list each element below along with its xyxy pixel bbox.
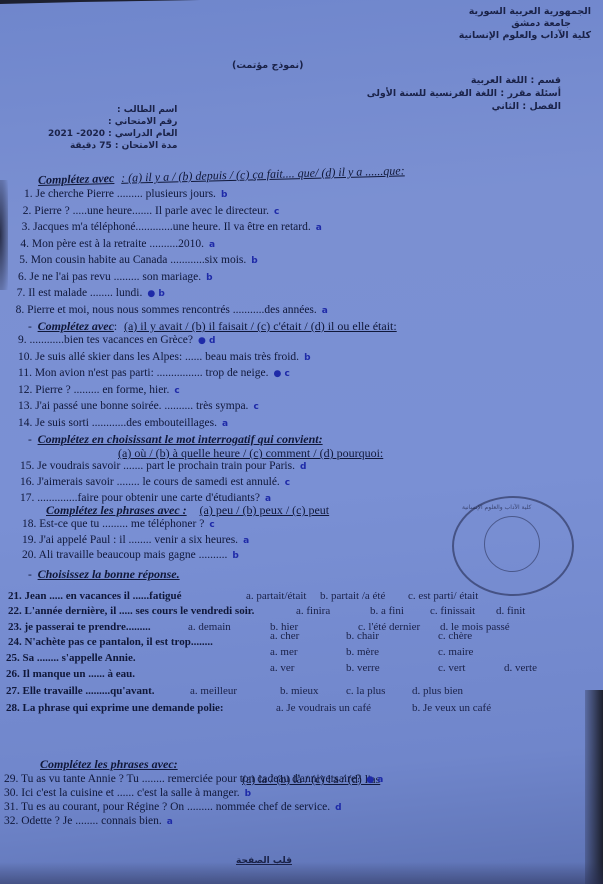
handwritten-answer-mark: b [232,551,238,561]
question-item: 21. Jean ..... en vacances il ......fati… [8,590,182,603]
question-text: Je suis allé skier dans les Alpes: .....… [35,351,299,363]
semester-label: الفصل : الثاني [367,100,561,113]
answer-choice: c. est parti/ était [408,590,478,602]
answer-choice: d. verte [504,662,537,674]
answer-choice: a. Je voudrais un café [276,702,371,714]
question-text: Mon avion n'est pas parti: .............… [35,367,269,379]
answer-choice: a. demain [188,621,231,633]
answer-choice: b. verre [346,662,380,674]
question-text: Pierre ? .....une heure....... Il parle … [34,205,269,217]
question-number: 19. [22,534,39,546]
handwritten-answer-mark: c [174,386,179,396]
question-text: J'ai appelé Paul : il ........ venir a s… [39,534,238,546]
department-label: قسم : اللغة العربية [367,74,561,87]
question-item: 25. Sa ........ s'appelle Annie. [6,652,136,665]
handwritten-answer-mark: ● c [273,369,289,379]
answer-choice: c. vert [438,662,465,674]
question-text: Il est malade ........ lundi. [28,287,142,299]
answer-choice: a. ver [270,662,294,674]
question-item: 26. Il manque un ...... à eau. [6,668,135,681]
question-item: 3. Jacques m'a téléphoné.............une… [22,221,322,235]
question-number: 22. [8,605,25,617]
question-item: 32. Odette ? Je ........ connais bien.a [4,815,173,829]
answer-choice: c. maire [438,646,473,658]
question-number: 14. [18,417,35,429]
question-item: 7. Il est malade ........ lundi.● b [17,287,165,301]
handwritten-answer-mark: c [285,478,290,488]
handwritten-answer-mark: b [251,256,257,266]
question-item: 22. L'année dernière, il ..... ses cours… [8,605,254,618]
question-text: Jacques m'a téléphoné.............une he… [33,221,311,233]
question-item: 5. Mon cousin habite au Canada .........… [19,254,258,268]
question-number: 23. [8,621,25,633]
question-number: 8. [16,304,28,316]
question-number: 7. [17,287,29,299]
question-text: ..............faire pour obtenir une car… [37,492,260,504]
question-item: 16. J'aimerais savoir ........ le cours … [20,476,290,490]
question-text: Pierre ? ......... en forme, hier. [35,384,169,396]
question-item: 13. J'ai passé une bonne soirée. .......… [18,400,259,414]
course-info: قسم : اللغة العربية أسئلة مقرر : اللغة ا… [367,74,561,113]
handwritten-answer-mark: a [209,240,215,250]
handwritten-answer-mark: a [265,494,271,504]
section1-options: : (a) il y a / (b) depuis / (c) ça fait.… [121,163,405,184]
handwritten-answer-mark: ● a [366,775,383,785]
question-item: 15. Je voudrais savoir ....... part le p… [20,460,306,474]
question-number: 15. [20,460,37,472]
question-text: Il manque un ...... à eau. [23,668,135,680]
handwritten-answer-mark: c [253,402,258,412]
question-item: 24. N'achète pas ce pantalon, il est tro… [8,636,213,649]
question-text: Ali travaille beaucoup mais gagne ......… [39,549,228,561]
question-text: Tu es au courant, pour Régine ? On .....… [21,801,330,813]
answer-choice: b. Je veux un café [412,702,491,714]
question-item: 20. Ali travaille beaucoup mais gagne ..… [22,549,239,563]
question-text: La phrase qui exprime une demande polie: [23,702,224,714]
question-number: 31. [4,801,21,813]
handwritten-answer-mark: a [243,536,249,546]
question-number: 2. [23,205,35,217]
exam-number-label: رقم الامتحاني : [48,116,177,128]
question-text: Est-ce que tu ......... me téléphoner ? [39,518,204,530]
question-number: 9. [18,334,30,346]
question-number: 18. [22,518,39,530]
question-number: 6. [18,271,30,283]
handwritten-answer-mark: d [300,462,306,472]
question-text: Jean ..... en vacances il ......fatigué [25,590,182,602]
country-label: الجمهورية العربية السورية [459,6,591,18]
faculty-label: كلية الآداب والعلوم الإنسانية [459,30,591,42]
answer-choice: c. la plus [346,685,385,697]
section3-header: - Complétez en choisissant le mot interr… [28,433,323,447]
question-item: 18. Est-ce que tu ......... me téléphone… [22,518,215,532]
section2-instruction: Complétez avec [38,319,114,333]
question-item: 28. La phrase qui exprime une demande po… [6,702,224,715]
question-item: 1. Je cherche Pierre ......... plusieurs… [24,188,227,202]
question-item: 29. Tu as vu tante Annie ? Tu ........ r… [4,773,383,787]
question-item: 30. Ici c'est la cuisine et ...... c'est… [4,787,251,801]
question-number: 26. [6,668,23,680]
question-text: ............bien tes vacances en Grèce? [30,334,193,346]
question-item: 12. Pierre ? ......... en forme, hier.c [18,384,180,398]
question-number: 10. [18,351,35,363]
question-text: Mon père est à la retraite ..........201… [32,238,204,250]
question-item: 6. Je ne l'ai pas revu ......... son mar… [18,271,213,285]
answer-choice: b. partait /a été [320,590,385,602]
question-text: N'achète pas ce pantalon, il est trop...… [25,636,213,648]
exam-paper: الجمهورية العربية السورية جامعة دمشق كلي… [0,0,603,884]
question-number: 30. [4,787,21,799]
shadow-right [585,690,603,884]
question-item: 11. Mon avion n'est pas parti: .........… [18,367,290,381]
question-item: 19. J'ai appelé Paul : il ........ venir… [22,534,249,548]
section6-header: Complétez les phrases avec: [40,758,178,772]
question-text: Odette ? Je ........ connais bien. [21,815,162,827]
section1-instruction: Complétez avec [38,171,115,187]
question-text: Je voudrais savoir ....... part le proch… [37,460,295,472]
course-label: أسئلة مقرر : اللغة الفرنسية للسنة الأولى [367,87,561,100]
question-text: Je cherche Pierre ......... plusieurs jo… [36,188,216,200]
question-number: 29. [4,773,21,785]
question-item: 23. je passerai te prendre......... [8,621,151,634]
question-item: 2. Pierre ? .....une heure....... Il par… [23,205,280,219]
question-text: Pierre et moi, nous nous sommes rencontr… [27,304,317,316]
question-item: 9. ............bien tes vacances en Grèc… [18,334,215,348]
handwritten-answer-mark: b [206,273,212,283]
question-text: J'aimerais savoir ........ le cours de s… [37,476,280,488]
question-text: L'année dernière, il ..... ses cours le … [25,605,255,617]
institution-header: الجمهورية العربية السورية جامعة دمشق كلي… [459,6,591,42]
question-number: 17. [20,492,37,504]
section5-instruction: Choisissez la bonne réponse. [38,567,180,581]
question-number: 11. [18,367,35,379]
question-number: 5. [19,254,31,266]
section3-instruction: Complétez en choisissant le mot interrog… [38,432,323,446]
question-item: 4. Mon père est à la retraite ..........… [20,238,215,252]
question-number: 20. [22,549,39,561]
section5-header: - Choisissez la bonne réponse. [28,568,180,582]
section3-options: (a) où / (b) à quelle heure / (c) commen… [118,447,383,460]
question-number: 25. [6,652,23,664]
handwritten-answer-mark: c [274,207,279,217]
student-name-label: اسم الطالب : [48,104,177,116]
question-text: Mon cousin habite au Canada ............… [31,254,247,266]
university-stamp: كلية الآداب والعلوم الإنسانية [452,496,574,596]
answer-choice: a. meilleur [190,685,237,697]
handwritten-answer-mark: ● d [198,336,215,346]
handwritten-answer-mark: ● b [147,289,164,299]
question-number: 28. [6,702,23,714]
handwritten-answer-mark: a [316,223,322,233]
question-text: Je ne l'ai pas revu ......... son mariag… [30,271,202,283]
question-item: 8. Pierre et moi, nous nous sommes renco… [16,304,328,318]
academic-year-label: العام الدراسي : 2020- 2021 [48,128,177,140]
question-number: 32. [4,815,21,827]
question-text: Tu as vu tante Annie ? Tu ........ remer… [21,773,361,785]
model-label: (نموذج مؤتمت) [232,60,303,71]
handwritten-answer-mark: d [335,803,341,813]
question-item: 17. ..............faire pour obtenir une… [20,492,271,506]
answer-choice: a. mer [270,646,297,658]
question-text: Elle travaille .........qu'avant. [23,685,155,697]
question-item: 31. Tu es au courant, pour Régine ? On .… [4,801,342,815]
duration-label: مدة الامتحان : 75 دقيقة [48,140,177,152]
question-text: Ici c'est la cuisine et ...... c'est la … [21,787,239,799]
answer-choice: b. mieux [280,685,319,697]
answer-choice: a. finira [296,605,330,617]
answer-choice: a. partait/était [246,590,306,602]
handwritten-answer-mark: b [245,789,251,799]
section2-options: (a) il y avait / (b) il faisait / (c) c'… [124,319,397,333]
question-item: 27. Elle travaille .........qu'avant. [6,685,155,698]
handwritten-answer-mark: c [209,520,214,530]
answer-choice: b. a fini [370,605,404,617]
question-text: je passerai te prendre......... [25,621,151,633]
answer-choice: d. plus bien [412,685,463,697]
answer-choice: d. finit [496,605,525,617]
question-number: 21. [8,590,25,602]
question-text: Sa ........ s'appelle Annie. [23,652,136,664]
section4-header: Complétez les phrases avec : (a) peu / (… [46,504,329,518]
shadow-bottom [0,862,603,884]
handwritten-answer-mark: a [167,817,173,827]
stamp-text: كلية الآداب والعلوم الإنسانية [462,504,531,511]
question-text: J'ai passé une bonne soirée. .......... … [35,400,248,412]
question-text: Je suis sorti ............des embouteill… [35,417,217,429]
handwritten-answer-mark: a [322,306,328,316]
section6-instruction: Complétez les phrases avec: [40,757,178,771]
question-item: 10. Je suis allé skier dans les Alpes: .… [18,351,311,365]
handwritten-answer-mark: b [221,190,227,200]
answer-choice: b. mère [346,646,379,658]
answer-choice: c. chère [438,630,472,642]
question-number: 27. [6,685,23,697]
handwritten-answer-mark: a [222,419,228,429]
question-item: 14. Je suis sorti ............des embout… [18,417,228,431]
question-number: 3. [22,221,34,233]
answer-choice: b. chair [346,630,379,642]
section2-header: - Complétez avec: (a) il y avait / (b) i… [28,320,397,334]
shadow-left [0,180,8,290]
question-number: 1. [24,188,36,200]
question-number: 13. [18,400,35,412]
question-number: 16. [20,476,37,488]
question-number: 24. [8,636,25,648]
section1-header: Complétez avec : (a) il y a / (b) depuis… [38,164,405,188]
university-label: جامعة دمشق [459,18,571,30]
question-number: 12. [18,384,35,396]
answer-choice: c. finissait [430,605,475,617]
student-info: اسم الطالب : رقم الامتحاني : العام الدرا… [48,104,177,152]
handwritten-answer-mark: b [304,353,310,363]
answer-choice: a. cher [270,630,299,642]
question-number: 4. [20,238,32,250]
